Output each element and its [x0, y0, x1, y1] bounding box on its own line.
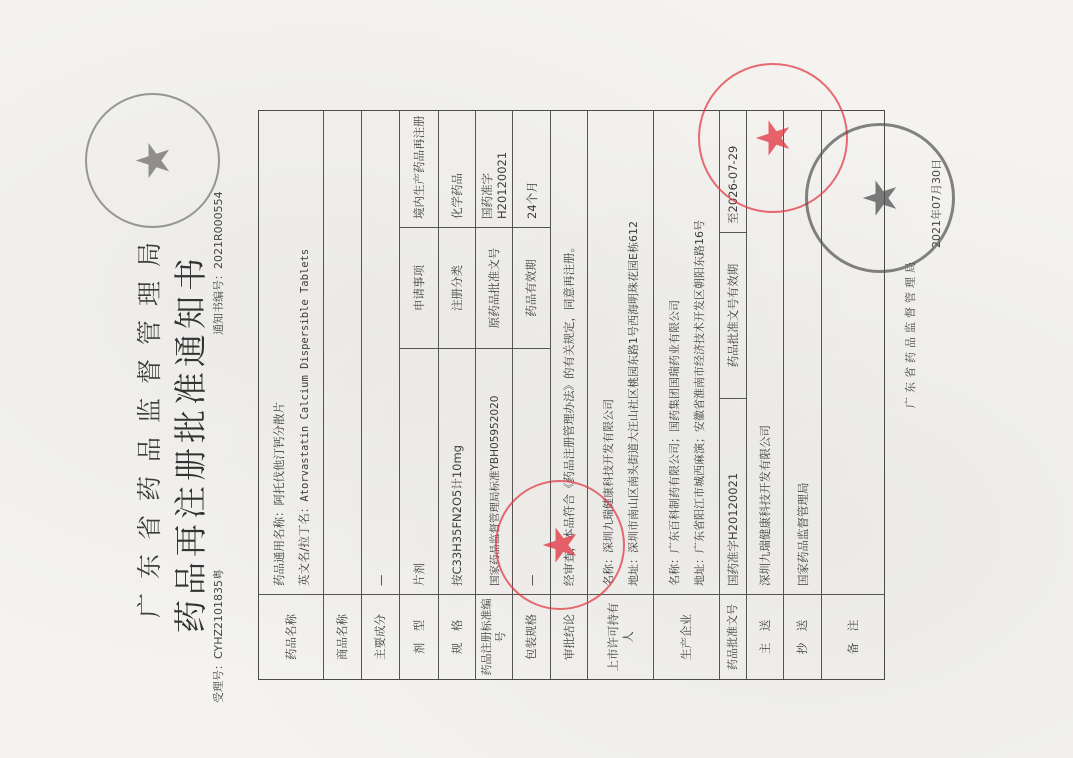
row-label: 药品批准文号	[720, 594, 746, 679]
star-icon: ★	[750, 117, 796, 158]
manufacturer-address-value: 广东省阳江市城西麻演；安徽省淮南市经济技术开发区朝阳东路16号	[693, 220, 706, 553]
row-label: 剂 型	[400, 594, 438, 679]
acceptance-number: 受理号：CYHZ2101835粤	[210, 569, 226, 703]
row-label: 药品注册标准编号	[476, 594, 512, 679]
manufacturer-name-label: 名称：	[668, 553, 681, 586]
row-label: 主 送	[747, 594, 783, 679]
original-approval-no-value: 国药准字H20120021	[476, 111, 512, 227]
notice-number: 通知书编号：2021R000554	[210, 191, 226, 335]
table-row-trade-name: 商品名称	[323, 111, 361, 679]
generic-name-value: 阿托伐他汀钙分散片	[272, 402, 286, 506]
notice-number-label: 通知书编号：	[212, 269, 225, 335]
side-label: 药品批准文号有效期	[720, 232, 746, 399]
acceptance-number-value: CYHZ2101835粤	[212, 569, 225, 659]
english-name-label: 英文名/拉丁名：	[297, 502, 311, 586]
signing-authority: 广东省药品监督管理局	[902, 258, 918, 408]
row-label: 商品名称	[324, 594, 361, 679]
row-label: 上市许可持有人	[588, 594, 653, 679]
star-icon: ★	[857, 177, 903, 218]
side-label: 注册分类	[439, 227, 475, 349]
manufacturer-address-label: 地址：	[693, 553, 706, 586]
english-name-value: Atorvastatin Calcium Dispersible Tablets	[299, 249, 311, 502]
generic-name-label: 药品通用名称：	[272, 506, 286, 587]
manufacturer-seal-stamp: ★	[495, 480, 625, 610]
table-row-standard-no: 药品注册标准编号 国家药品监督管理局标准YBH05952020 原药品批准文号 …	[475, 111, 512, 679]
table-row-dosage-form: 剂 型 片剂 申请事项 境内生产药品再注册	[399, 111, 438, 679]
acceptance-number-label: 受理号：	[212, 659, 225, 703]
row-label: 规 格	[439, 594, 475, 679]
notice-number-value: 2021R000554	[212, 191, 225, 269]
application-type-value: 境内生产药品再注册	[400, 111, 438, 227]
approval-no-value: 国药准字H20120021	[720, 399, 746, 594]
row-label: 主要成分	[362, 594, 399, 679]
table-row-main-ingredient: 主要成分 —	[361, 111, 399, 679]
table-row-specification: 规 格 按C33H35FN2O5计10mg 注册分类 化学药品	[438, 111, 475, 679]
issuer-heading: 广东省药品监督管理局	[130, 248, 166, 618]
manufacturer-address: 地址：广东省阳江市城西麻演；安徽省淮南市经济技术开发区朝阳东路16号	[691, 220, 707, 586]
row-label: 抄 送	[784, 594, 821, 679]
mah-address: 地址：深圳市南山区南头街道大汪山社区桃园东路1号西海明珠花园E栋612	[625, 221, 641, 586]
star-icon: ★	[130, 140, 176, 181]
manufacturer-name: 名称：广东百科制药有限公司；国药集团国瑞药业有限公司	[666, 300, 682, 586]
side-label: 药品有效期	[513, 227, 550, 349]
side-label: 申请事项	[400, 227, 438, 349]
row-label: 生产企业	[654, 594, 719, 679]
specification-value: 按C33H35FN2O5计10mg	[439, 349, 475, 594]
manufacturer-values: 名称：广东百科制药有限公司；国药集团国瑞药业有限公司 地址：广东省阳江市城西麻演…	[654, 111, 719, 594]
rotated-document-page: 广东省药品监督管理局 药品再注册批准通知书 受理号：CYHZ2101835粤 通…	[0, 0, 1073, 758]
english-name: 英文名/拉丁名：Atorvastatin Calcium Dispersible…	[296, 249, 312, 586]
manufacturer-name-value: 广东百科制药有限公司；国药集团国瑞药业有限公司	[668, 300, 681, 553]
star-icon: ★	[537, 524, 583, 565]
generic-name: 药品通用名称：阿托伐他汀钙分散片	[271, 402, 287, 586]
side-label: 原药品批准文号	[476, 227, 512, 349]
authority-seal-stamp: ★	[805, 123, 955, 273]
shelf-life-value: 24个月	[513, 111, 550, 227]
mah-address-value: 深圳市南山区南头街道大汪山社区桃园东路1号西海明珠花园E栋612	[627, 221, 640, 553]
row-label: 备 注	[822, 594, 884, 679]
table-row-manufacturer: 生产企业 名称：广东百科制药有限公司；国药集团国瑞药业有限公司 地址：广东省阳江…	[653, 111, 719, 679]
row-label: 药品名称	[259, 594, 323, 679]
table-row-drug-name: 药品名称 药品通用名称：阿托伐他汀钙分散片 英文名/拉丁名：Atorvastat…	[259, 111, 323, 679]
mah-address-label: 地址：	[627, 553, 640, 586]
trade-name-value	[324, 111, 361, 594]
company-seal-stamp: ★	[85, 93, 220, 228]
document-title: 药品再注册批准通知书	[165, 228, 212, 658]
drug-name-values: 药品通用名称：阿托伐他汀钙分散片 英文名/拉丁名：Atorvastatin Ca…	[259, 111, 323, 594]
dosage-form-value: 片剂	[400, 349, 438, 594]
registration-category-value: 化学药品	[439, 111, 475, 227]
main-ingredient-value: —	[362, 111, 399, 594]
